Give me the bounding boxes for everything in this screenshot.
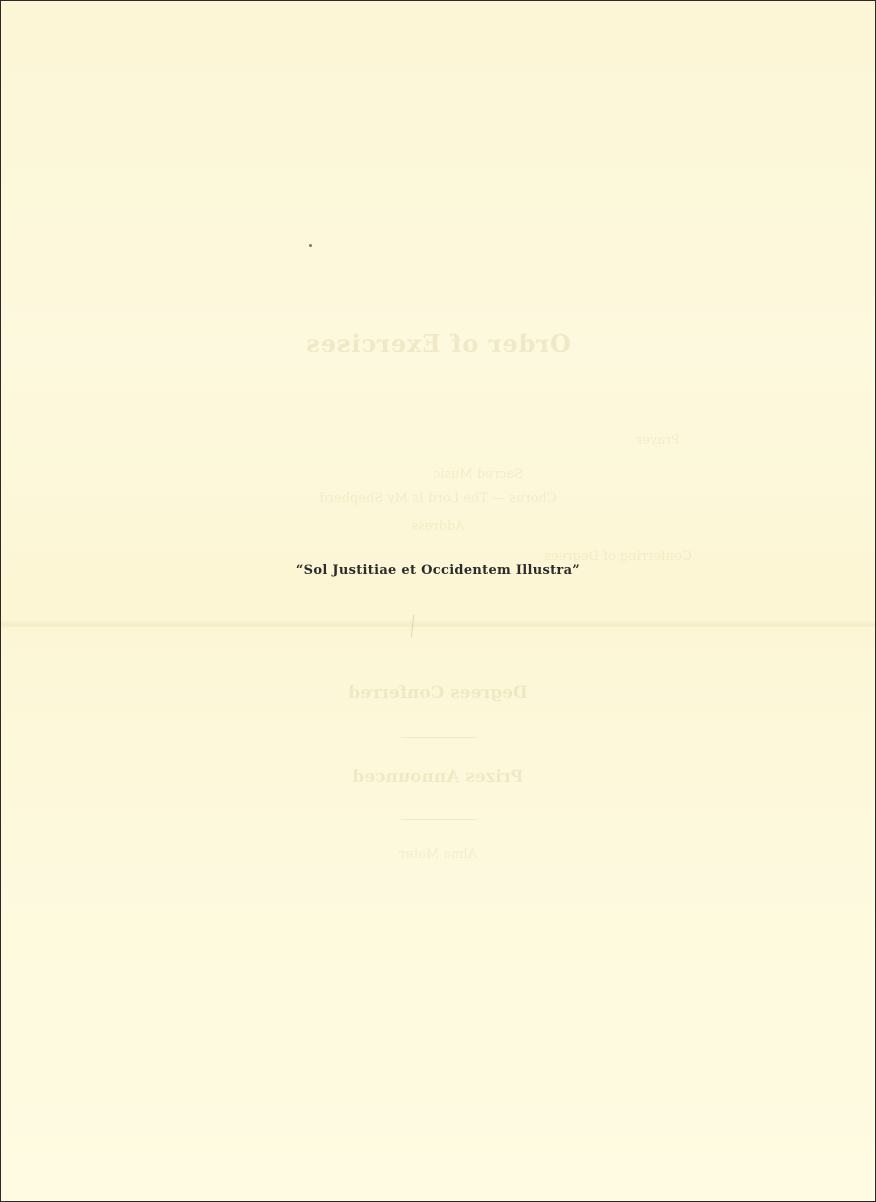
bleed-through-heading: Prizes Announced — [1, 767, 875, 787]
bleed-through-rule — [401, 737, 477, 738]
motto: “Sol Justitiae et Occidentem Illustra” — [1, 563, 875, 578]
bleed-through-line: Prayer — [1, 433, 876, 448]
bleed-through-heading: Degrees Conferred — [1, 683, 875, 703]
bleed-through-title: Order of Exercises — [1, 329, 875, 358]
bleed-through-rule — [401, 819, 477, 820]
bleed-through-line: Conferring of Degrees — [1, 549, 876, 564]
document-page: Order of Exercises Prayer Sacred Music C… — [0, 0, 876, 1202]
bleed-through-line: Alma Mater — [1, 847, 875, 862]
paper-speck — [309, 244, 312, 247]
bleed-through-line: Chorus — The Lord Is My Shepherd — [1, 491, 876, 506]
bleed-through-line: Address — [1, 519, 876, 534]
fold-crease — [1, 619, 875, 633]
bleed-through-line: Sacred Music — [1, 467, 876, 482]
